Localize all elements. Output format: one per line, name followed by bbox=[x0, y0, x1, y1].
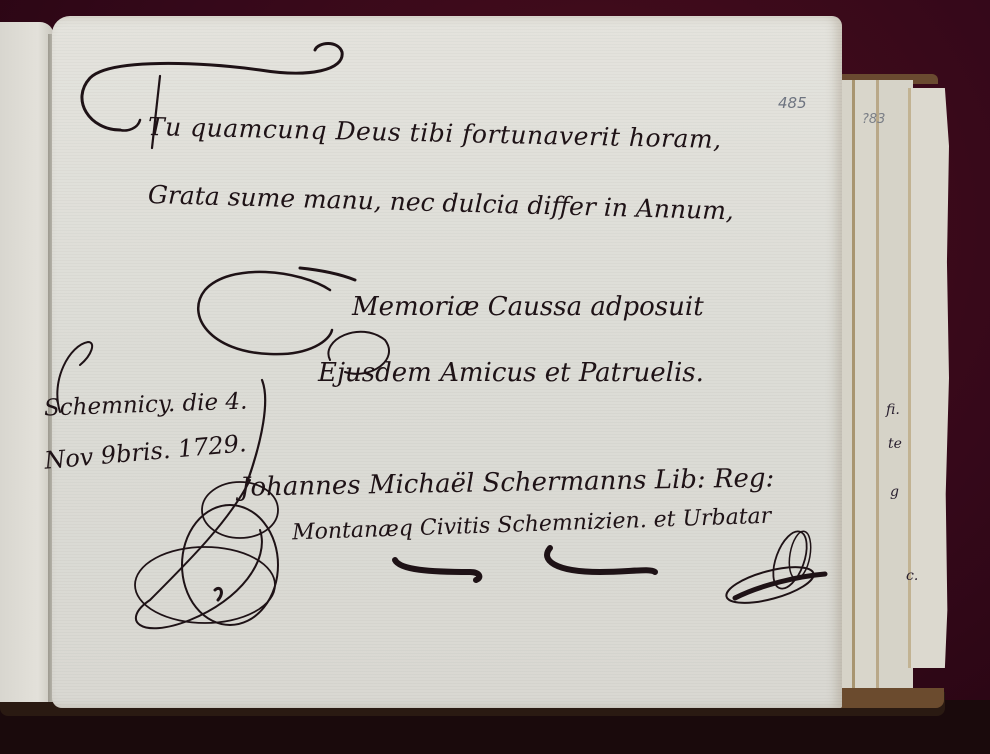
margin-note: te bbox=[888, 436, 902, 452]
adjacent-folio-number: ?83 bbox=[862, 112, 885, 127]
margin-note: fi. bbox=[886, 402, 900, 418]
margin-note: c. bbox=[906, 568, 918, 584]
margin-note: g bbox=[890, 484, 899, 500]
left-page bbox=[0, 22, 54, 702]
folio-number: 485 bbox=[778, 94, 807, 112]
dedication-line-1: Memoriæ Caussa adposuit bbox=[352, 292, 704, 322]
page-leaf-edge bbox=[876, 80, 913, 692]
book-cover-bottom bbox=[826, 688, 944, 708]
dedication-line-2: Ejusdem Amicus et Patruelis. bbox=[318, 358, 704, 388]
